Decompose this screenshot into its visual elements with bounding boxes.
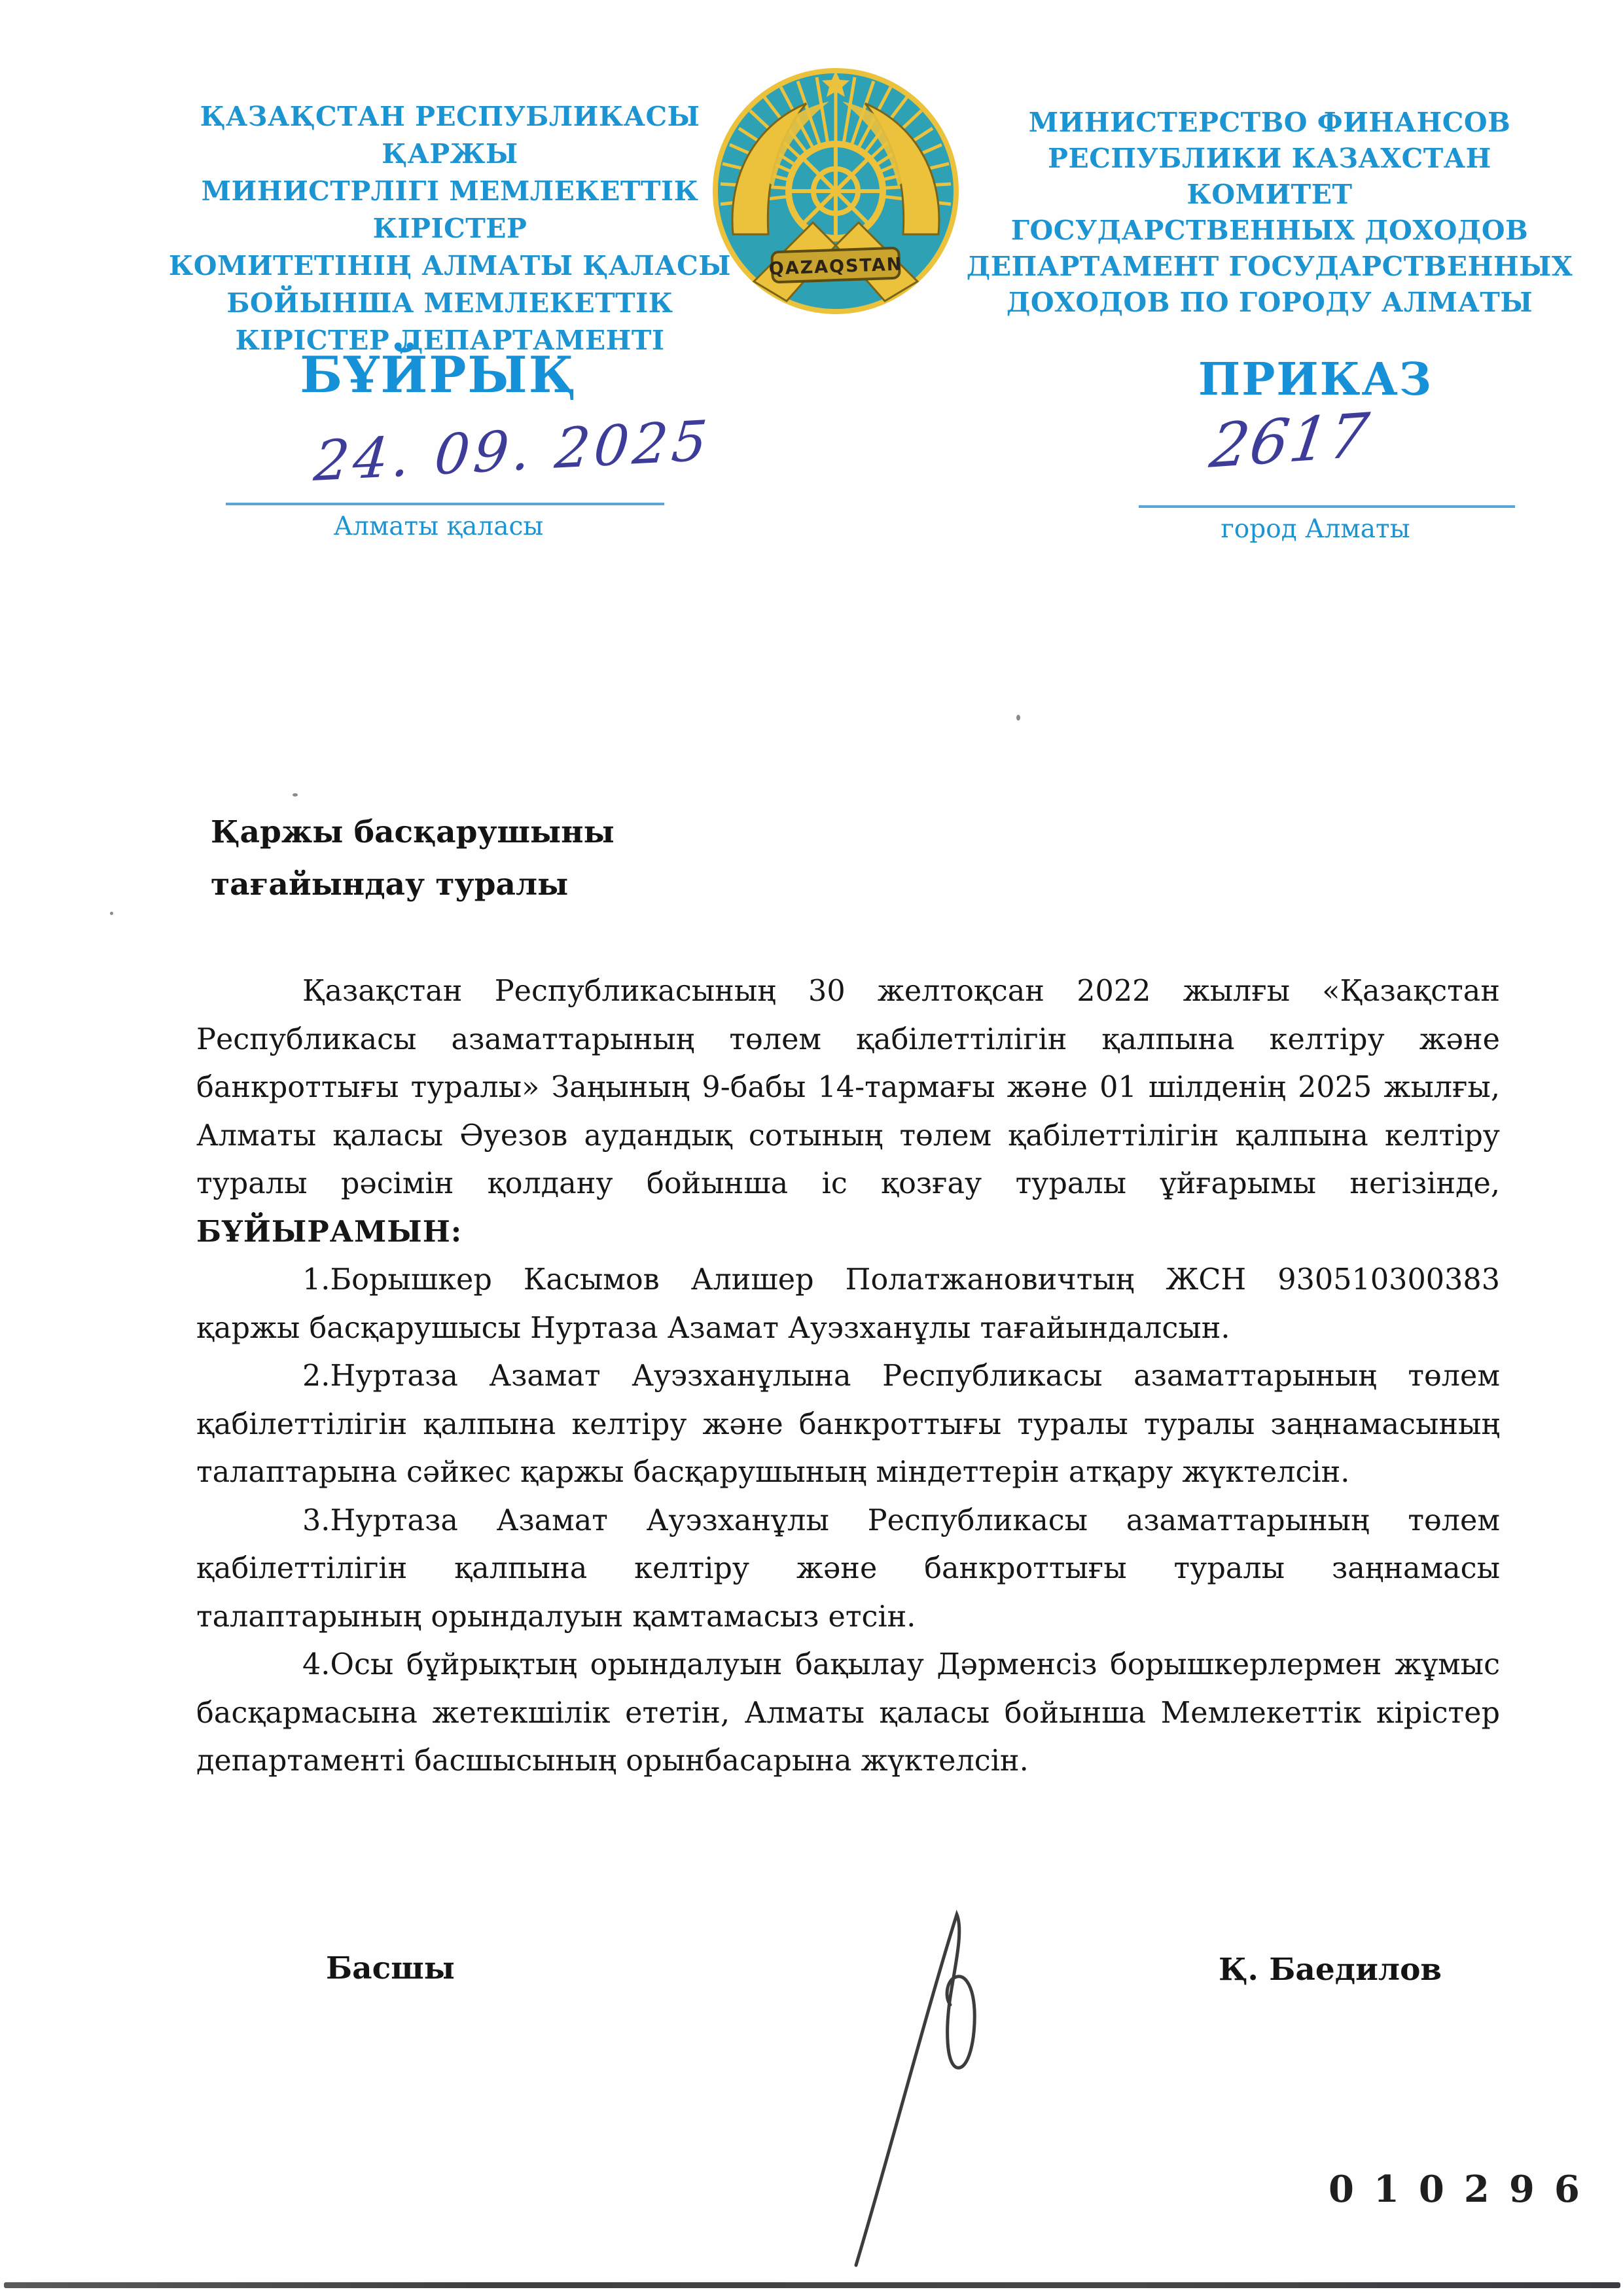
letterhead-russian: МИНИСТЕРСТВО ФИНАНСОВ РЕСПУБЛИКИ КАЗАХСТ… [965, 105, 1574, 321]
body-item-1: 1.Борышкер Касымов Алишер Полатжановичты… [196, 1256, 1500, 1352]
signer-role: Басшы [326, 1950, 455, 1986]
place-kazakh: Алматы қаласы [196, 512, 681, 541]
body-item-2: 2.Нуртаза Азамат Ауэзханұлына Республика… [196, 1352, 1500, 1497]
order-subject: Қаржы басқарушыны тағайындау туралы [211, 806, 800, 911]
letterhead-russian-line: ДЕПАРТАМЕНТ ГОСУДАРСТВЕННЫХ [965, 249, 1574, 285]
document-page: ҚАЗАҚСТАН РЕСПУБЛИКАСЫ ҚАРЖЫ МИНИСТРЛІГІ… [0, 0, 1623, 2296]
place-russian: город Алматы [1106, 514, 1525, 544]
number-underline [1139, 505, 1515, 508]
letterhead-russian-line: ГОСУДАРСТВЕННЫХ ДОХОДОВ [965, 213, 1574, 249]
order-title-kazakh: БҰЙРЫҚ [196, 346, 681, 404]
scan-page-edge [4, 2282, 1620, 2288]
letterhead-russian-line: РЕСПУБЛИКИ КАЗАХСТАН КОМИТЕТ [965, 141, 1574, 213]
handwritten-order-number: 2617 [1206, 400, 1374, 482]
stamped-form-number: 010296 [1329, 2168, 1599, 2211]
body-intro-text: Қазақстан Республикасының 30 желтоқсан 2… [196, 975, 1500, 1200]
letterhead-russian-line: ДОХОДОВ ПО ГОРОДУ АЛМАТЫ [965, 285, 1574, 321]
kazakhstan-emblem-icon: QAZAQSTAN [708, 65, 963, 327]
signer-name: Қ. Баедилов [1219, 1952, 1442, 1988]
order-subject-line2: тағайындау туралы [211, 859, 800, 911]
letterhead-kazakh-line: ҚАЗАҚСТАН РЕСПУБЛИКАСЫ ҚАРЖЫ [154, 98, 746, 173]
handwritten-signature [753, 1901, 1054, 2268]
body-order-word: БҰЙЫРАМЫН: [196, 1215, 462, 1249]
letterhead-kazakh-line: МИНИСТРЛІГІ МЕМЛЕКЕТТІК КІРІСТЕР [154, 173, 746, 247]
body-item-4: 4.Осы бұйрықтың орындалуын бақылау Дәрме… [196, 1641, 1500, 1785]
letterhead-kazakh-line: КОМИТЕТІНІҢ АЛМАТЫ ҚАЛАСЫ [154, 247, 746, 285]
letterhead-kazakh: ҚАЗАҚСТАН РЕСПУБЛИКАСЫ ҚАРЖЫ МИНИСТРЛІГІ… [154, 98, 746, 359]
letterhead-russian-line: МИНИСТЕРСТВО ФИНАНСОВ [965, 105, 1574, 141]
scan-speck [293, 793, 298, 797]
scan-speck [110, 912, 113, 915]
order-title-russian: ПРИКАЗ [1106, 353, 1525, 406]
scan-speck [1016, 715, 1020, 721]
handwritten-date: 24. 09. 2025 [312, 408, 713, 493]
letterhead-kazakh-line: БОЙЫНША МЕМЛЕКЕТТІК [154, 285, 746, 322]
body-intro-paragraph: Қазақстан Республикасының 30 желтоқсан 2… [196, 967, 1500, 1256]
order-subject-line1: Қаржы басқарушыны [211, 806, 800, 859]
order-body: Қазақстан Республикасының 30 желтоқсан 2… [196, 967, 1500, 1785]
body-item-3: 3.Нуртаза Азамат Ауэзханұлы Республикасы… [196, 1497, 1500, 1641]
date-underline [226, 503, 664, 505]
